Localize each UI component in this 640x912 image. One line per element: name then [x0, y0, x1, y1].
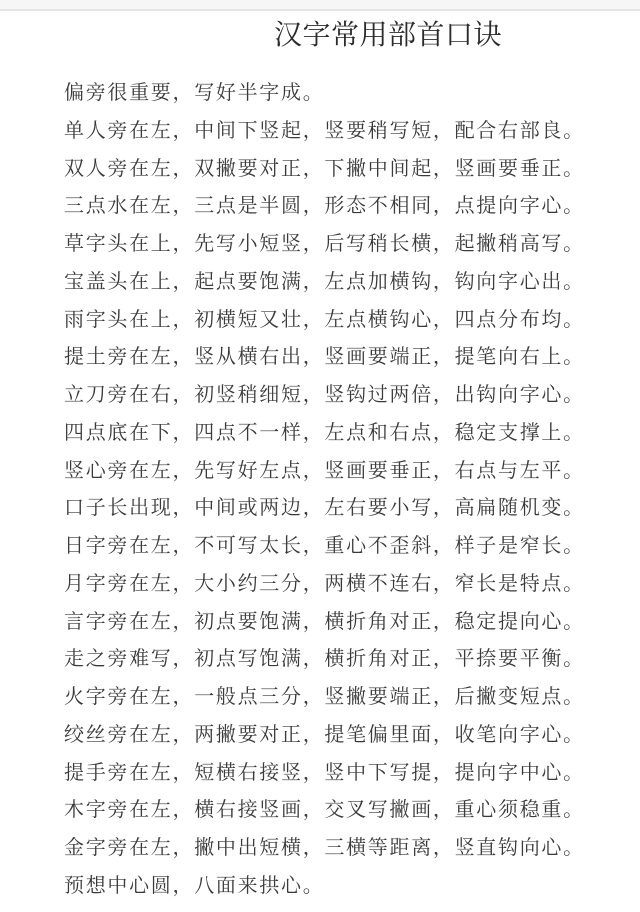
doc-line: 双人旁在左，双撇要对正，下撇中间起，竖画要垂正。 [64, 151, 640, 189]
doc-line: 四点底在下，四点不一样，左点和右点，稳定支撑上。 [64, 415, 640, 453]
doc-line: 走之旁难写，初点写饱满，横折角对正，平捺要平衡。 [64, 641, 640, 679]
doc-line: 单人旁在左，中间下竖起，竖要稍写短，配合右部良。 [64, 113, 640, 151]
doc-line: 金字旁在左，撇中出短横，三横等距离，竖直钩向心。 [64, 830, 640, 868]
doc-line: 竖心旁在左，先写好左点，竖画要垂正，右点与左平。 [64, 453, 640, 491]
doc-line: 提土旁在左，竖从横右出，竖画要端正，提笔向右上。 [64, 339, 640, 377]
doc-line: 草字头在上，先写小短竖，后写稍长横，起撇稍高写。 [64, 226, 640, 264]
doc-line: 立刀旁在右，初竖稍细短，竖钩过两倍，出钩向字心。 [64, 377, 640, 415]
doc-line: 日字旁在左，不可写太长，重心不歪斜，样子是窄长。 [64, 528, 640, 566]
document-page: 汉字常用部首口诀 偏旁很重要，写好半字成。 单人旁在左，中间下竖起，竖要稍写短，… [0, 0, 640, 912]
doc-line: 三点水在左，三点是半圆，形态不相同，点提向字心。 [64, 188, 640, 226]
doc-line: 雨字头在上，初横短又壮，左点横钩心，四点分布均。 [64, 302, 640, 340]
doc-line: 木字旁在左，横右接竖画，交叉写撇画，重心须稳重。 [64, 792, 640, 830]
doc-line: 偏旁很重要，写好半字成。 [64, 75, 640, 113]
doc-body: 偏旁很重要，写好半字成。 单人旁在左，中间下竖起，竖要稍写短，配合右部良。 双人… [64, 75, 640, 906]
doc-line: 宝盖头在上，起点要饱满，左点加横钩，钩向字心出。 [64, 264, 640, 302]
doc-line: 口子长出现，中间或两边，左右要小写，高扁随机变。 [64, 490, 640, 528]
page-title: 汉字常用部首口诀 [274, 17, 502, 55]
doc-line: 提手旁在左，短横右接竖，竖中下写提，提向字中心。 [64, 755, 640, 793]
doc-line: 火字旁在左，一般点三分，竖撇要端正，后撇变短点。 [64, 679, 640, 717]
doc-line: 绞丝旁在左，两撇要对正，提笔偏里面，收笔向字心。 [64, 717, 640, 755]
doc-line: 言字旁在左，初点要饱满，横折角对正，稳定提向心。 [64, 604, 640, 642]
top-bar [0, 0, 640, 11]
doc-line: 预想中心圆，八面来拱心。 [64, 868, 640, 906]
doc-line: 月字旁在左，大小约三分，两横不连右，窄长是特点。 [64, 566, 640, 604]
